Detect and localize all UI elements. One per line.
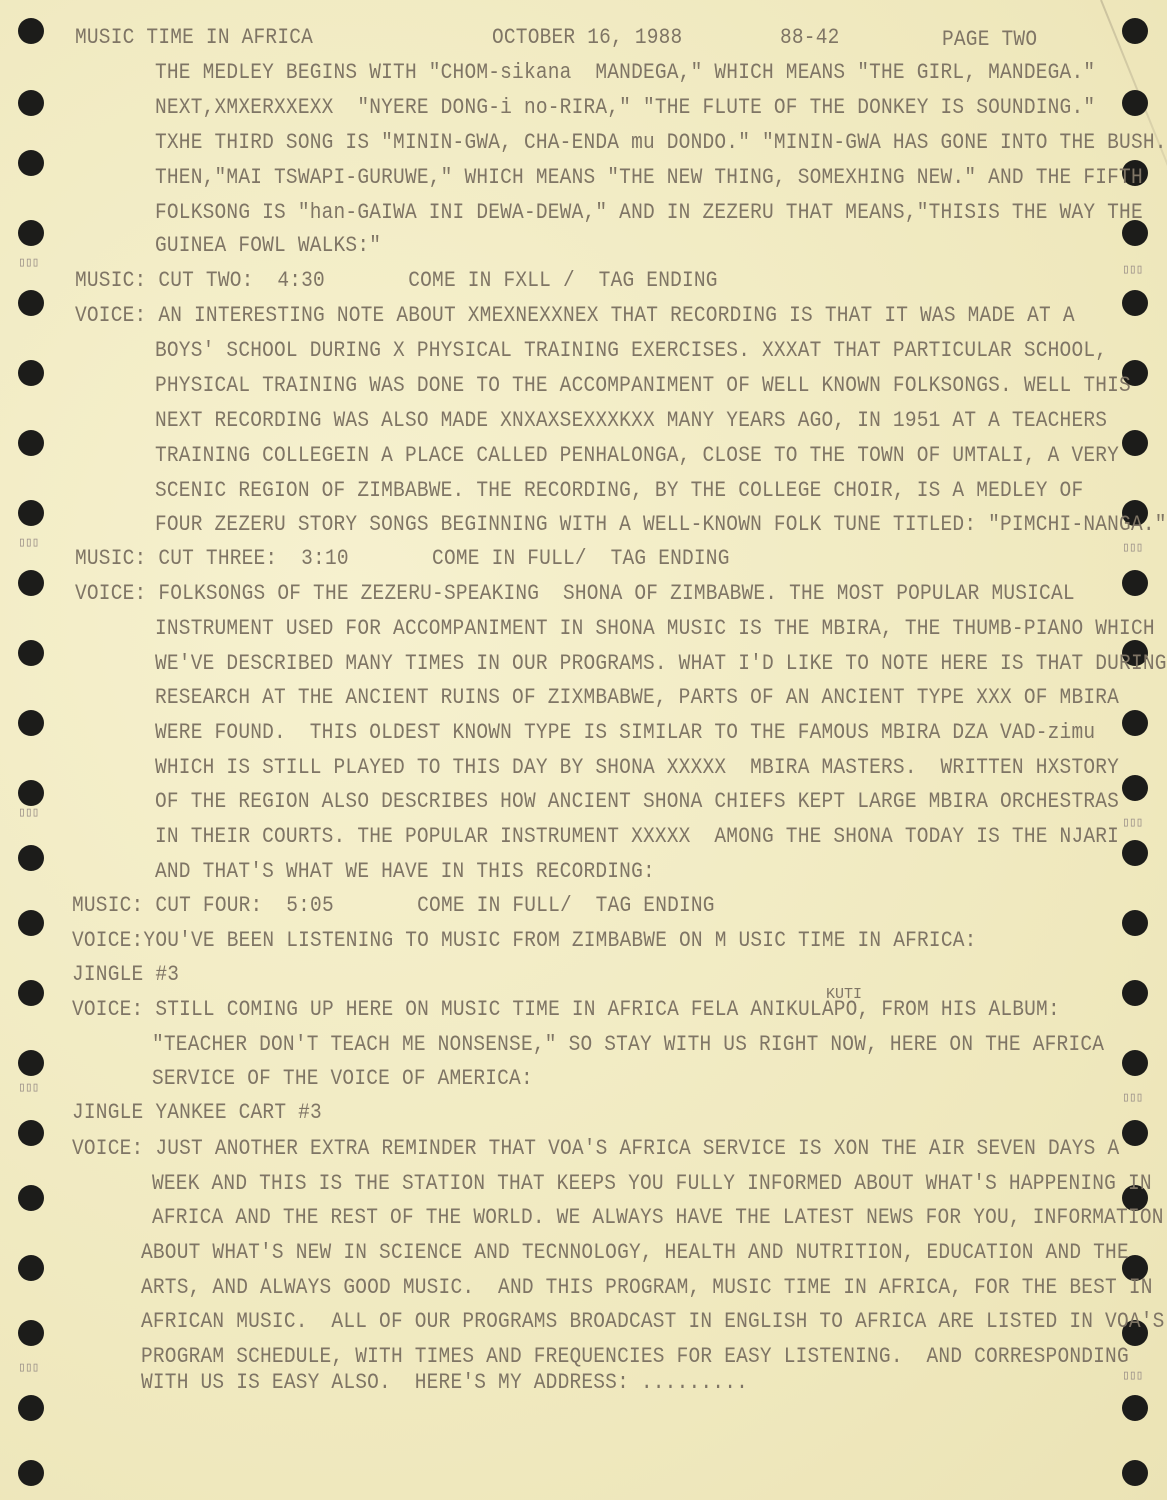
script-line: VOICE:YOU'VE BEEN LISTENING TO MUSIC FRO… [72, 928, 977, 953]
feed-hole [1122, 1460, 1148, 1486]
script-line: WITH US IS EASY ALSO. HERE'S MY ADDRESS:… [141, 1370, 748, 1395]
handwritten-insert: KUTI [826, 986, 862, 1003]
script-line: JINGLE #3 [72, 962, 179, 987]
script-line: AFRICAN MUSIC. ALL OF OUR PROGRAMS BROAD… [141, 1309, 1165, 1334]
script-line: MUSIC: CUT THREE: 3:10 COME IN FULL/ TAG… [75, 546, 730, 571]
feed-hole [18, 1185, 44, 1211]
script-line: TXHE THIRD SONG IS "MININ-GWA, CHA-ENDA … [155, 130, 1167, 155]
feed-hole [18, 570, 44, 596]
feed-hole [18, 1395, 44, 1421]
feed-hole [1122, 290, 1148, 316]
feed-hole [1122, 430, 1148, 456]
script-line: AND THAT'S WHAT WE HAVE IN THIS RECORDIN… [155, 859, 655, 884]
perforation-mark: ▯▯▯ [18, 1360, 38, 1375]
script-line: VOICE: AN INTERESTING NOTE ABOUT XMEXNEX… [75, 303, 1075, 328]
script-line: BOYS' SCHOOL DURING X PHYSICAL TRAINING … [155, 338, 1107, 363]
script-line: SERVICE OF THE VOICE OF AMERICA: [152, 1066, 533, 1091]
script-line: VOICE: STILL COMING UP HERE ON MUSIC TIM… [72, 997, 1060, 1022]
feed-hole [1122, 840, 1148, 866]
feed-hole [18, 1120, 44, 1146]
script-line: GUINEA FOWL WALKS:" [155, 233, 381, 258]
perforation-mark: ▯▯▯ [18, 805, 38, 820]
feed-hole [18, 710, 44, 736]
script-line: RESEARCH AT THE ANCIENT RUINS OF ZIXMBAB… [155, 685, 1119, 710]
perforation-mark: ▯▯▯ [18, 535, 38, 550]
feed-hole [18, 290, 44, 316]
feed-hole [18, 640, 44, 666]
script-line: AFRICA AND THE REST OF THE WORLD. WE ALW… [152, 1205, 1164, 1230]
page-number: PAGE TWO [942, 27, 1037, 52]
tractor-feed-holes-left: ▯▯▯▯▯▯▯▯▯▯▯▯▯▯▯ [18, 0, 48, 1500]
feed-hole [18, 500, 44, 526]
feed-hole [18, 980, 44, 1006]
feed-hole [18, 910, 44, 936]
script-line: OF THE REGION ALSO DESCRIBES HOW ANCIENT… [155, 789, 1119, 814]
script-line: NEXT,XMXERXXEXX "NYERE DONG-i no-RIRA," … [155, 95, 1095, 120]
script-line: THEN,"MAI TSWAPI-GURUWE," WHICH MEANS "T… [155, 165, 1143, 190]
perforation-mark: ▯▯▯ [1122, 262, 1142, 277]
script-line: SCENIC REGION OF ZIMBABWE. THE RECORDING… [155, 478, 1083, 503]
script-line: FOUR ZEZERU STORY SONGS BEGINNING WITH A… [155, 512, 1167, 537]
script-line: WE'VE DESCRIBED MANY TIMES IN OUR PROGRA… [155, 651, 1167, 676]
feed-hole [18, 220, 44, 246]
perforation-mark: ▯▯▯ [18, 1080, 38, 1095]
script-line: MUSIC: CUT TWO: 4:30 COME IN FXLL / TAG … [75, 268, 718, 293]
feed-hole [1122, 910, 1148, 936]
feed-hole [18, 90, 44, 116]
script-line: ABOUT WHAT'S NEW IN SCIENCE AND TECNNOLO… [141, 1240, 1129, 1265]
script-line: MUSIC: CUT FOUR: 5:05 COME IN FULL/ TAG … [72, 893, 715, 918]
perforation-mark: ▯▯▯ [18, 255, 38, 270]
feed-hole [1122, 18, 1148, 44]
script-line: INSTRUMENT USED FOR ACCOMPANIMENT IN SHO… [155, 616, 1155, 641]
perforation-mark: ▯▯▯ [1122, 1368, 1142, 1383]
feed-hole [1122, 90, 1148, 116]
feed-hole [1122, 980, 1148, 1006]
script-line: VOICE: FOLKSONGS OF THE ZEZERU-SPEAKING … [75, 581, 1075, 606]
feed-hole [1122, 710, 1148, 736]
script-line: JINGLE YANKEE CART #3 [72, 1100, 322, 1125]
perforation-mark: ▯▯▯ [1122, 815, 1142, 830]
feed-hole [18, 845, 44, 871]
feed-hole [18, 1050, 44, 1076]
broadcast-date: OCTOBER 16, 1988 [492, 25, 682, 50]
script-line: ARTS, AND ALWAYS GOOD MUSIC. AND THIS PR… [141, 1275, 1153, 1300]
script-line: TRAINING COLLEGEIN A PLACE CALLED PENHAL… [155, 443, 1119, 468]
program-title: MUSIC TIME IN AFRICA [75, 25, 313, 50]
feed-hole [18, 1255, 44, 1281]
program-number: 88-42 [780, 25, 840, 50]
script-line: VOICE: JUST ANOTHER EXTRA REMINDER THAT … [72, 1136, 1119, 1161]
feed-hole [1122, 570, 1148, 596]
script-line: PHYSICAL TRAINING WAS DONE TO THE ACCOMP… [155, 373, 1131, 398]
script-line: "TEACHER DON'T TEACH ME NONSENSE," SO ST… [152, 1032, 1104, 1057]
script-line: WHICH IS STILL PLAYED TO THIS DAY BY SHO… [155, 755, 1119, 780]
script-line: IN THEIR COURTS. THE POPULAR INSTRUMENT … [155, 824, 1119, 849]
feed-hole [18, 360, 44, 386]
script-line: THE MEDLEY BEGINS WITH "CHOM-sikana MAND… [155, 60, 1095, 85]
script-line: FOLKSONG IS "han-GAIWA INI DEWA-DEWA," A… [155, 200, 1143, 225]
feed-hole [18, 430, 44, 456]
perforation-mark: ▯▯▯ [1122, 540, 1142, 555]
script-line: WEEK AND THIS IS THE STATION THAT KEEPS … [152, 1171, 1152, 1196]
feed-hole [18, 1320, 44, 1346]
perforation-mark: ▯▯▯ [1122, 1090, 1142, 1105]
feed-hole [18, 780, 44, 806]
feed-hole [1122, 775, 1148, 801]
feed-hole [18, 150, 44, 176]
feed-hole [1122, 1120, 1148, 1146]
script-line: WERE FOUND. THIS OLDEST KNOWN TYPE IS SI… [155, 720, 1095, 745]
script-line: PROGRAM SCHEDULE, WITH TIMES AND FREQUEN… [141, 1344, 1129, 1369]
feed-hole [1122, 1395, 1148, 1421]
feed-hole [18, 1460, 44, 1486]
feed-hole [18, 18, 44, 44]
script-line: NEXT RECORDING WAS ALSO MADE XNXAXSEXXXK… [155, 408, 1107, 433]
feed-hole [1122, 1050, 1148, 1076]
